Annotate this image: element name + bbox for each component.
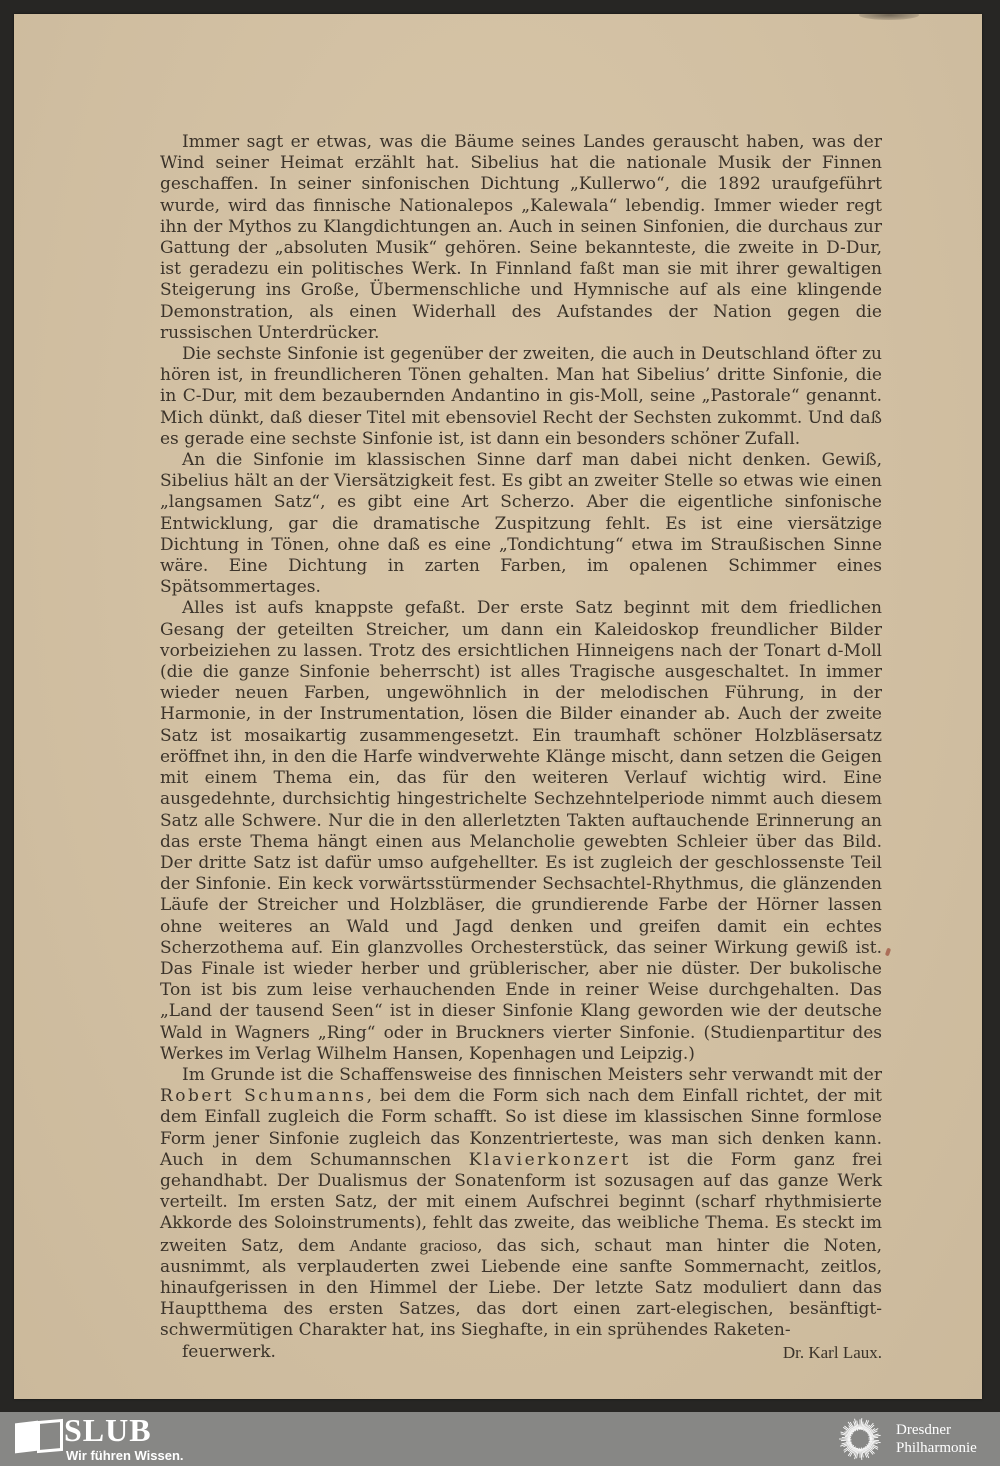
philharmonie-name: Dresdner Philharmonie — [896, 1421, 977, 1457]
paragraph: Die sechste Sinfonie ist gegenüber der z… — [160, 344, 882, 450]
paragraph: Alles ist aufs knappste gefaßt. Der erst… — [160, 598, 882, 1064]
slub-tagline: Wir führen Wissen. — [66, 1448, 184, 1463]
scan-smudge — [859, 10, 919, 20]
philharmonie-name-line2: Philharmonie — [896, 1439, 977, 1457]
book-icon — [15, 1419, 59, 1457]
article-body: Immer sagt er etwas, was die Bäume seine… — [160, 132, 882, 1363]
paragraph: An die Sinfonie im klassischen Sinne dar… — [160, 450, 882, 598]
closing-word: feuerwerk. — [160, 1342, 276, 1363]
philharmonie-name-line1: Dresdner — [896, 1421, 977, 1439]
scan-viewer: Immer sagt er etwas, was die Bäume seine… — [0, 0, 1000, 1466]
author-signature: Dr. Karl Laux. — [761, 1342, 882, 1363]
closing-line: feuerwerk. Dr. Karl Laux. — [160, 1342, 882, 1363]
paragraph: Immer sagt er etwas, was die Bäume seine… — [160, 132, 882, 344]
starburst-icon — [836, 1415, 884, 1463]
paper-blemish — [885, 948, 891, 957]
footer-bar: SLUB Wir führen Wissen. Dresdner Philhar… — [0, 1412, 1000, 1466]
paragraph: Im Grunde ist die Schaffensweise des fin… — [160, 1065, 882, 1342]
document-page: Immer sagt er etwas, was die Bäume seine… — [14, 14, 982, 1399]
slub-wordmark: SLUB — [64, 1412, 152, 1449]
